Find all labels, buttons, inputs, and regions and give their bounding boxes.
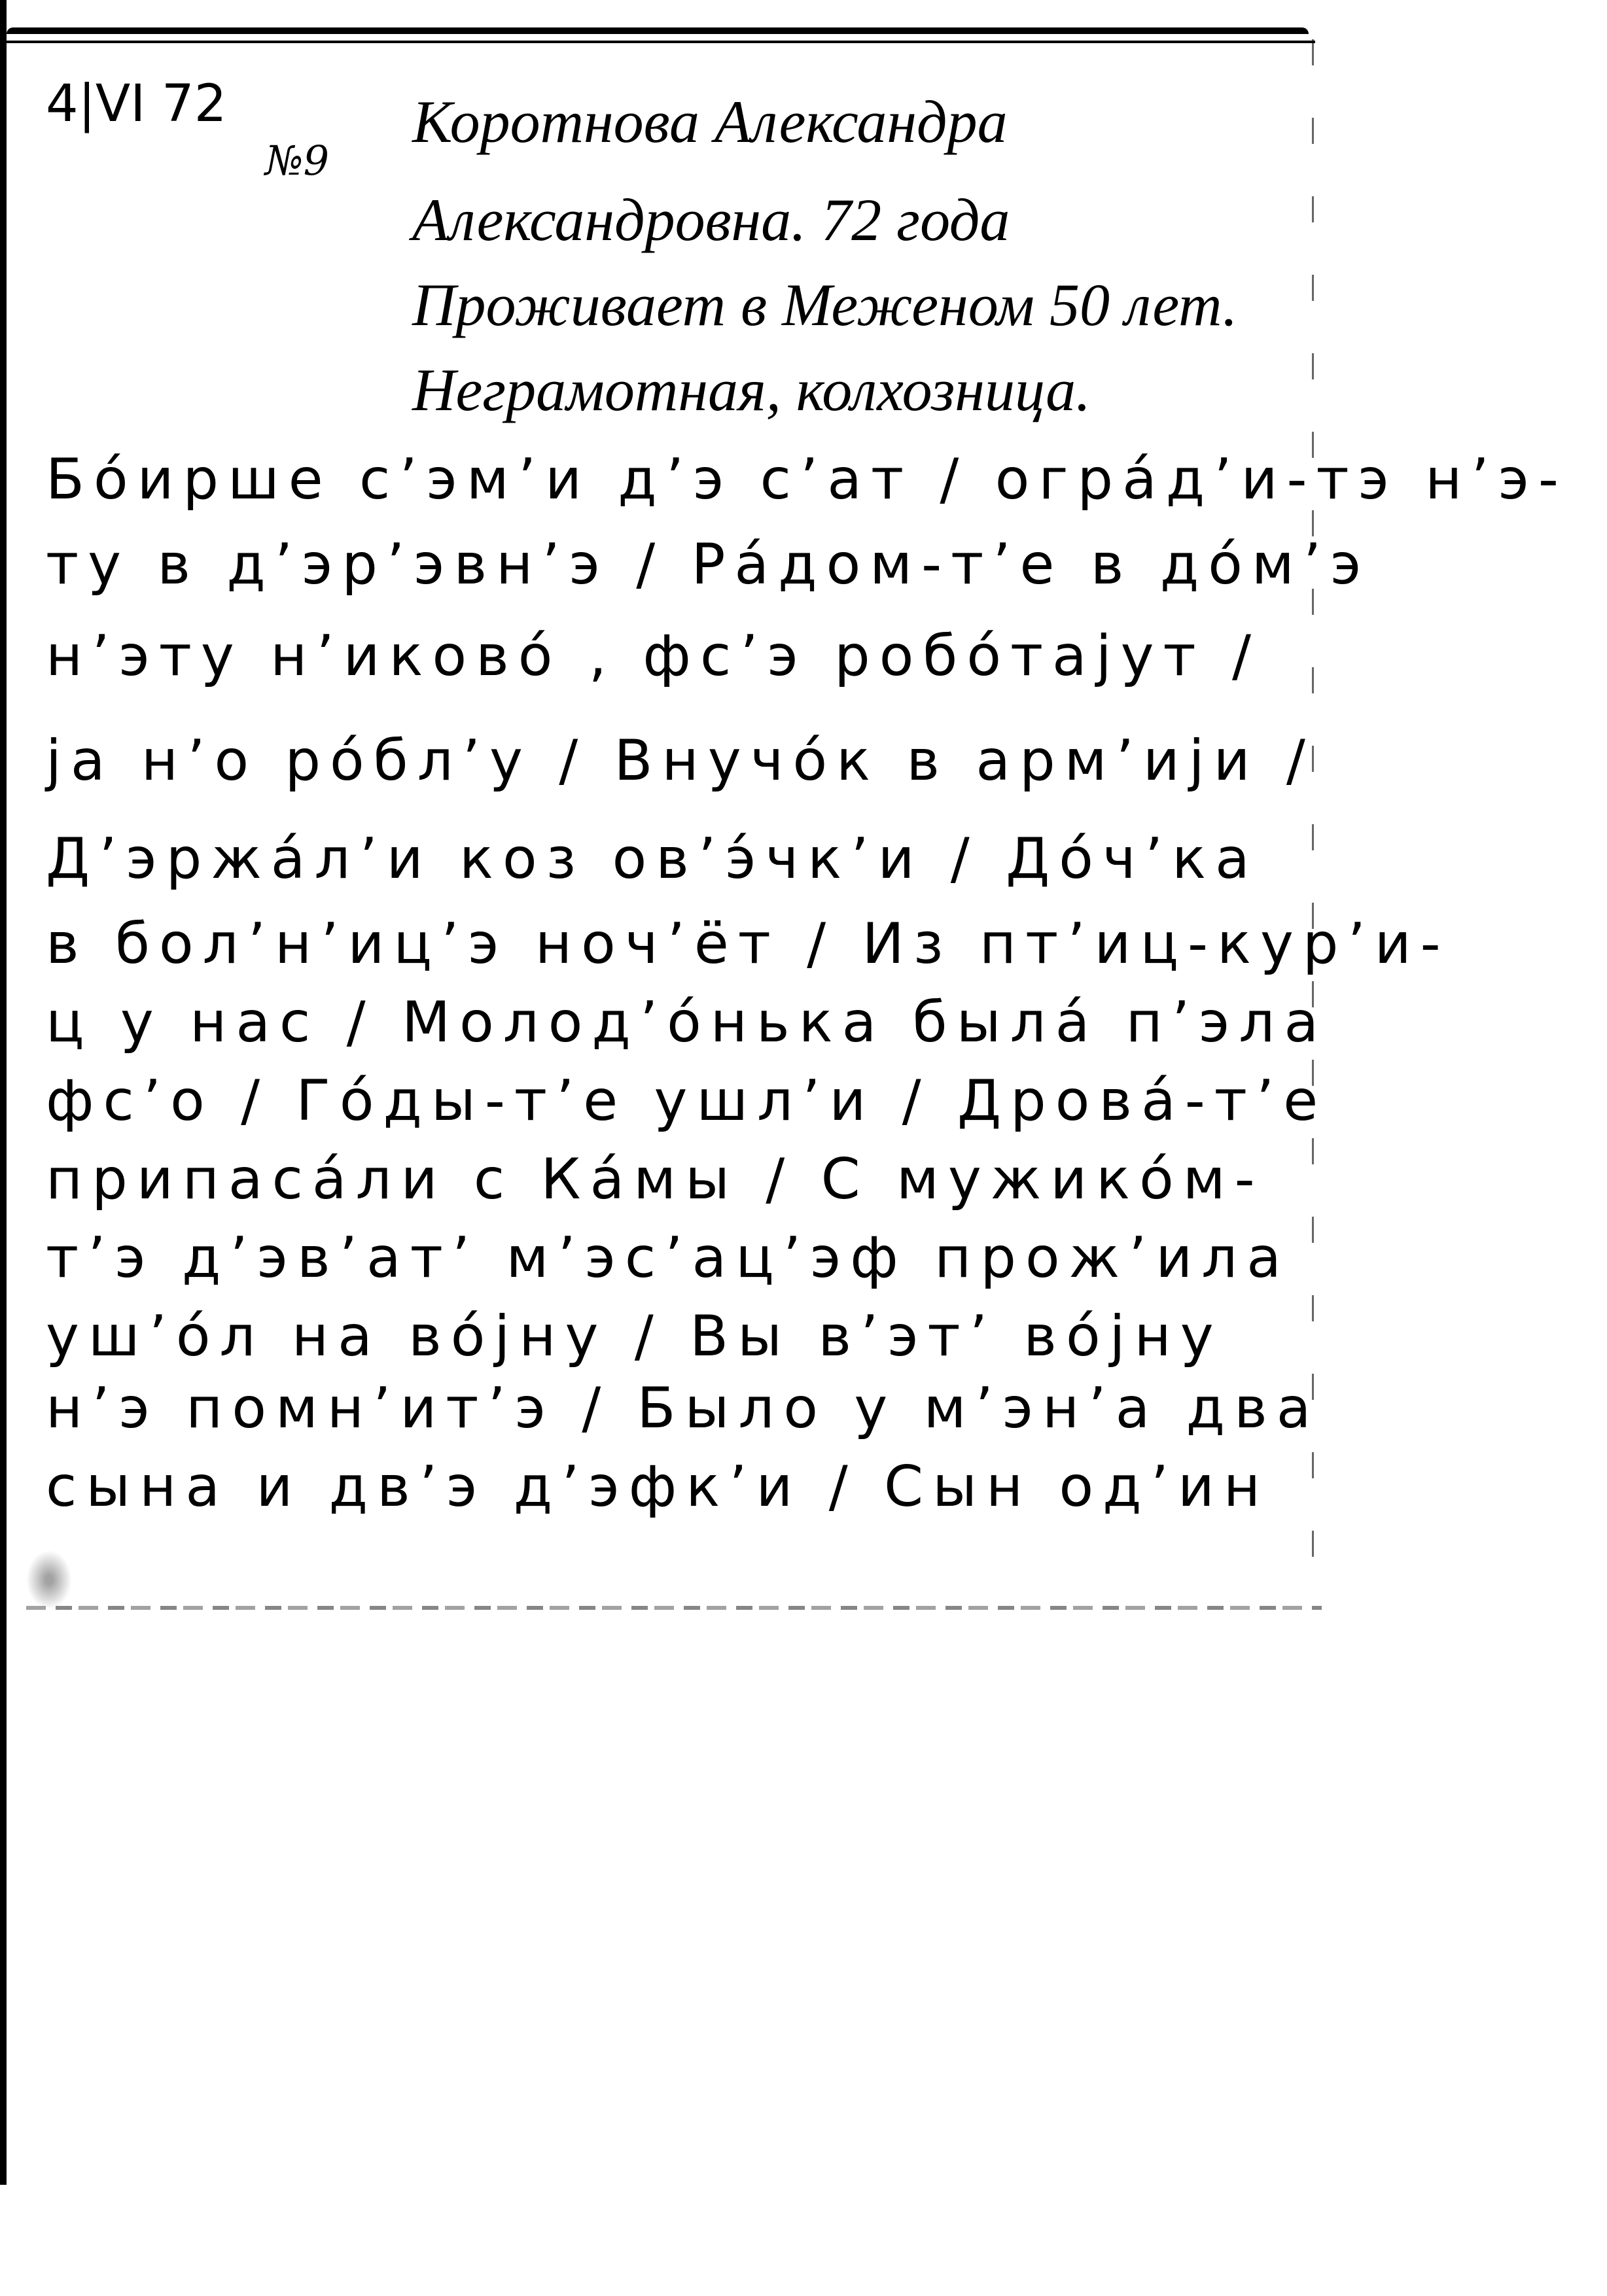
body-line: н’э помн’ит’э / Было у м’эн’а два <box>46 1380 1320 1436</box>
body-line: Бо́ирше с’эм’и д’э с’ат / огра́д’и-тэ н’… <box>46 451 1568 508</box>
body-line: н’эту н’иково́ , фс’э робо́тајут / <box>46 628 1260 684</box>
body-line: т’э д’эв’ат’ м’эс’ац’эф прож’ила <box>46 1230 1290 1286</box>
page-left-edge <box>0 0 7 2185</box>
header-line-name: Коротнова Александра <box>412 92 1008 152</box>
body-line: ја н’о ро́бл’у / Внучо́к в арм’ији / <box>46 733 1315 789</box>
scan-smudge <box>26 1550 72 1609</box>
body-line: фс’о / Го́ды-т’е ушл’и / Дрова́-т’е <box>46 1073 1327 1129</box>
header-line-residence: Проживает в Меженом 50 лет. <box>412 275 1238 335</box>
body-line: Д’эржа́л’и коз ов’э́чк’и / До́ч’ка <box>46 831 1259 887</box>
body-line: ц у нас / Молод’о́нька была́ п’эла <box>46 994 1328 1051</box>
body-line: сына и дв’э д’эфк’и / Сын од’ин <box>46 1459 1269 1515</box>
body-line: ту в д’эр’эвн’э / Ра́дом-т’е в до́м’э <box>46 536 1370 593</box>
record-number: №9 <box>265 141 329 181</box>
page-top-border <box>7 27 1309 34</box>
body-line: в бол’н’иц’э ноч’ёт / Из пт’иц-кур’и- <box>46 916 1450 972</box>
page-right-edge <box>1312 39 1314 1609</box>
body-line: припаса́ли с Ка́мы / С мужико́м- <box>46 1151 1264 1208</box>
header-line-patronymic-age: Александровна. 72 года <box>412 190 1010 250</box>
page-top-border-inner <box>7 41 1315 43</box>
header-line-occupation: Неграмотная, колхозница. <box>412 360 1091 420</box>
record-date: 4|VI 72 <box>46 78 226 130</box>
body-line: уш’о́л на во́јну / Вы в’эт’ во́јну <box>46 1308 1223 1365</box>
page-bottom-border <box>26 1606 1322 1610</box>
